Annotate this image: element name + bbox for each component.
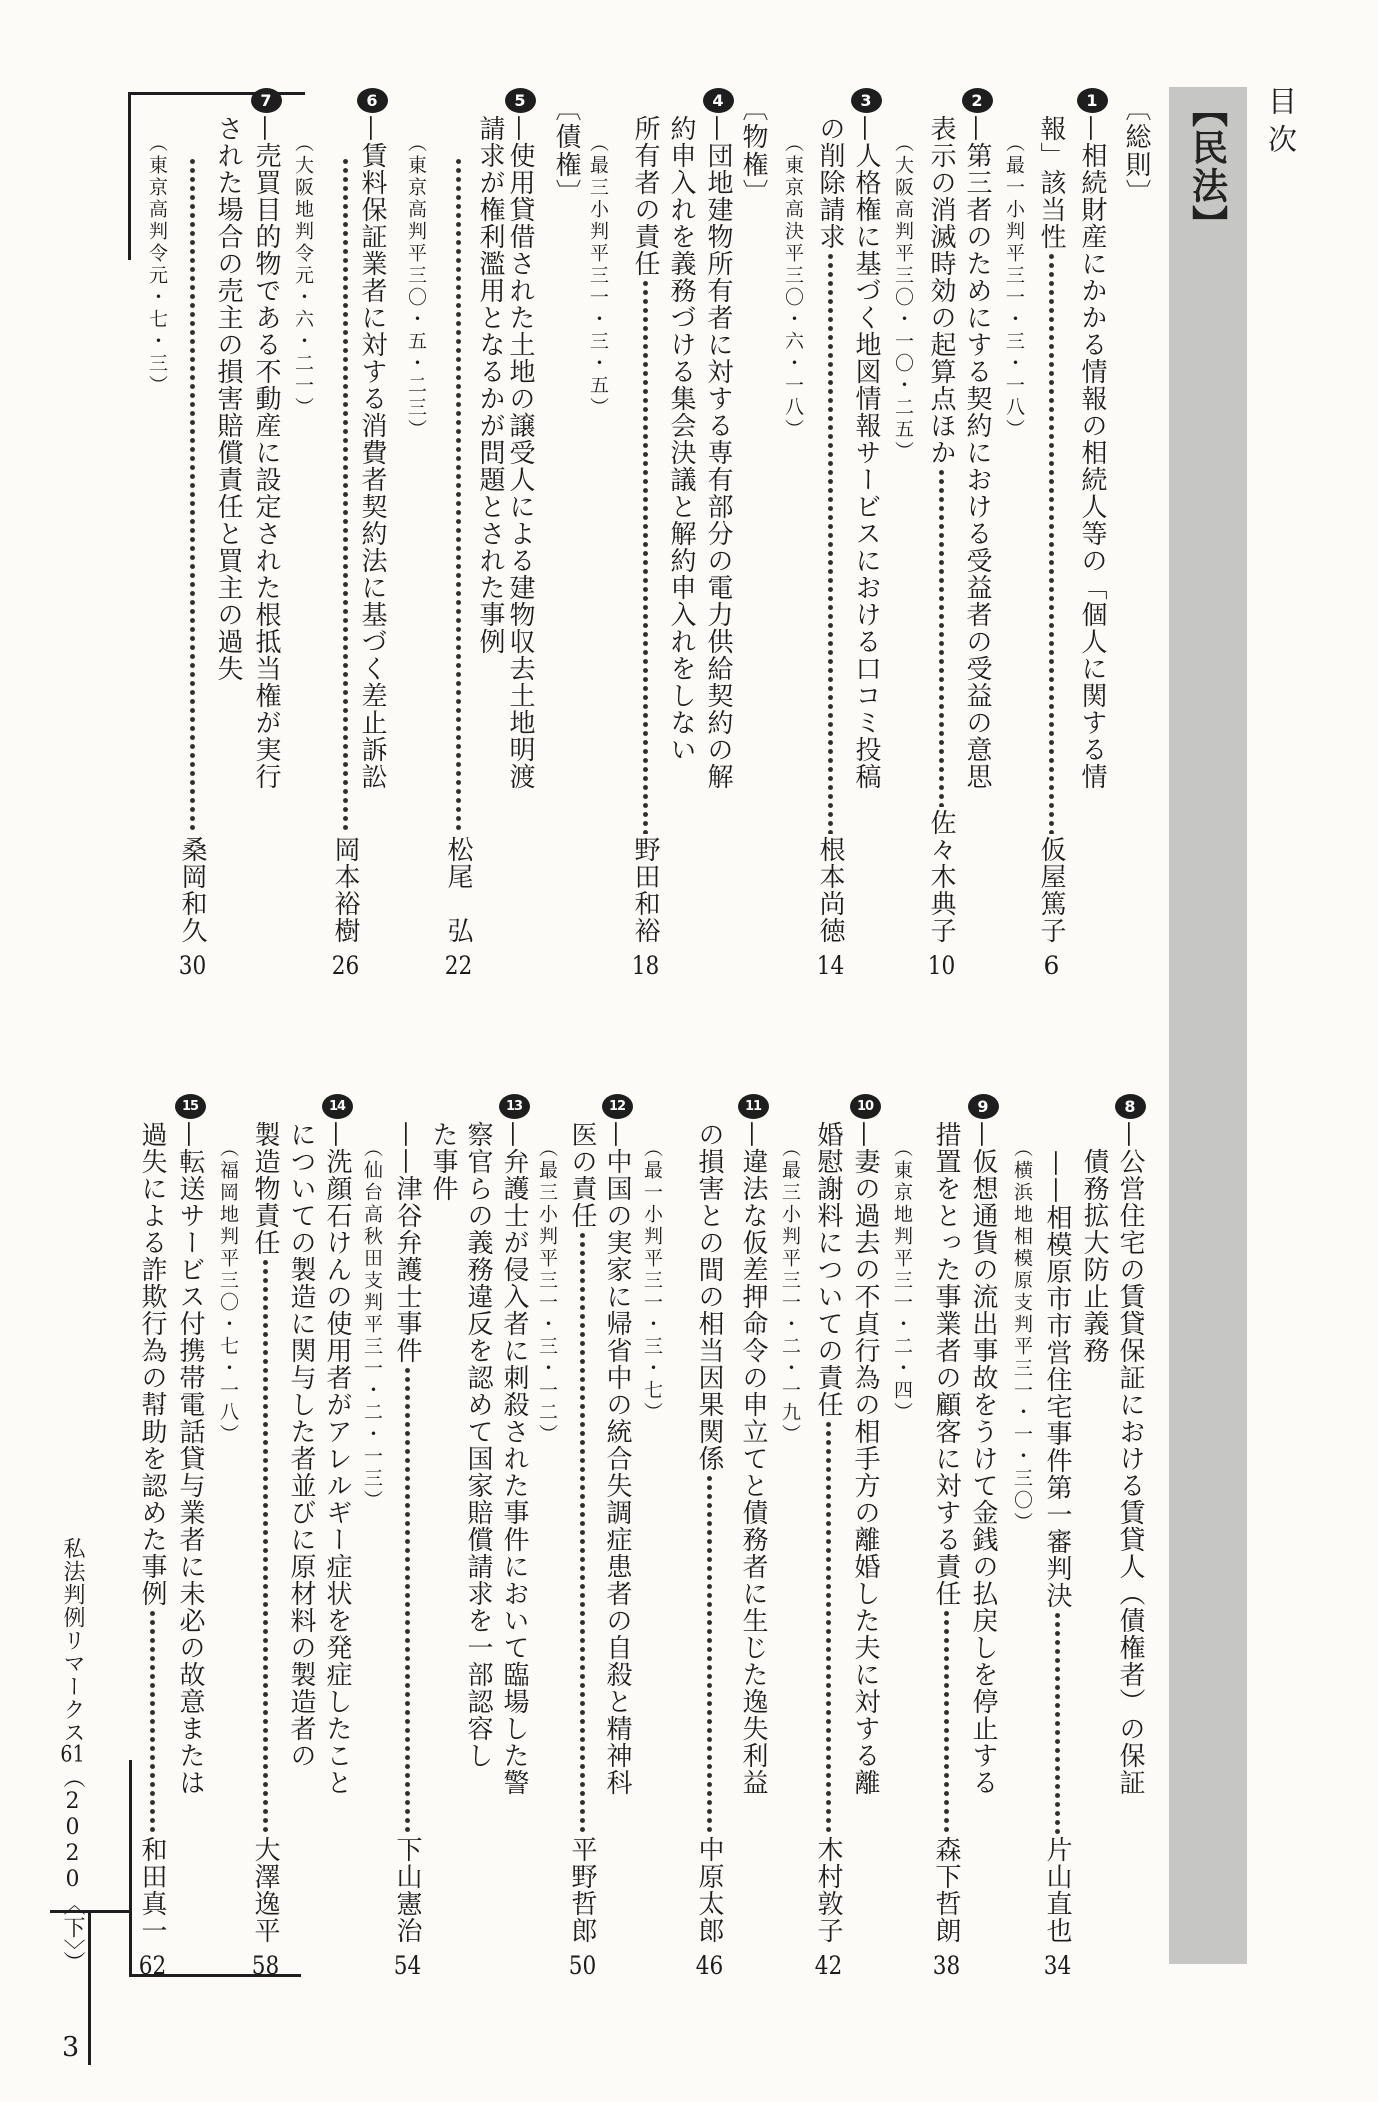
toc-entry-page: 26 <box>328 953 362 978</box>
entry-title-text: 報」該当性 <box>1034 115 1068 250</box>
toc-entry-citation: （福岡地判平三〇・七・一八） <box>213 1138 243 1446</box>
toc-entry-author: 根本尚徳 <box>813 836 847 944</box>
entry-number-badge: 2 <box>962 88 993 113</box>
entry-title-text: 団地建物所有者に対する専有部分の電力供給契約の解 <box>703 142 733 790</box>
entry-title-text: された場合の売主の損害賠償責任と買主の過失 <box>213 115 243 682</box>
toc-entry-citation: （大阪地判令元・六・二一） <box>288 133 318 419</box>
entry-number-badge: 11 <box>738 1094 769 1119</box>
toc-entry-line: 1—相続財産にかかる情報の相続人等の「個人に関する情 <box>1075 87 1109 790</box>
badge-dash: — <box>738 1121 768 1148</box>
leader-dots <box>455 155 462 834</box>
entry-number-badge: 14 <box>322 1094 353 1119</box>
toc-entry-subtitle-line: ——相模原市市営住宅事件第一審判決片山直也34 <box>1040 1150 1074 1978</box>
badge-dash: — <box>1077 115 1107 142</box>
toc-entry-author: 木村敦子 <box>811 1836 845 1944</box>
entry-title-text: の削除請求 <box>813 115 847 250</box>
toc-entry-page: 62 <box>135 1953 169 1978</box>
entry-number-badge: 4 <box>703 88 734 113</box>
spine-issue-number: 61 <box>60 1744 85 1766</box>
toc-entry-page: 10 <box>924 953 958 978</box>
entry-title-text: 相続財産にかかる情報の相続人等の「個人に関する情 <box>1077 142 1107 790</box>
toc-entry-line: 請求が権利濫用となるかが問題とされた事例 <box>473 115 507 655</box>
toc-entry-line: 所有者の責任野田和裕18 <box>628 115 662 978</box>
entry-title-text: 売買目的物である不動産に設定された根抵当権が実行 <box>251 142 281 790</box>
entry-title-text: 仮想通貨の流出事故をうけて金銭の払戻しを停止する <box>968 1148 998 1796</box>
toc-entry-page: 22 <box>441 953 475 978</box>
badge-dash: — <box>851 115 881 142</box>
badge-dash: — <box>175 1121 205 1148</box>
toc-page: 目次 【民法】 〔総則〕1—相続財産にかかる情報の相続人等の「個人に関する情報」… <box>0 0 1378 2102</box>
entry-title-text: 中国の実家に帰省中の統合失調症患者の自殺と精神科 <box>602 1148 632 1796</box>
badge-dash: — <box>962 115 992 142</box>
toc-entry-line: 措置をとった事業者の顧客に対する責任森下哲朗38 <box>929 1121 963 1978</box>
toc-entry-author: 岡本裕樹 <box>328 836 362 944</box>
entry-title-text: 第三者のためにする契約における受益者の受益の意思 <box>962 142 992 790</box>
toc-entry-line: の削除請求根本尚徳14 <box>813 115 847 978</box>
entry-number-badge: 9 <box>968 1094 999 1119</box>
toc-entry-page: 6 <box>1034 953 1068 978</box>
toc-entry-page: 58 <box>248 1953 282 1978</box>
spine-rule-vertical <box>88 1910 91 2065</box>
toc-entry-line: 4—団地建物所有者に対する専有部分の電力供給契約の解 <box>701 87 735 790</box>
leader-dots <box>404 1364 411 1834</box>
toc-entry-line: 報」該当性仮屋篤子6 <box>1034 115 1068 978</box>
entry-number-badge: 1 <box>1077 88 1108 113</box>
entry-title-text: 察官らの義務違反を認めて国家賠償請求を一部認容し <box>463 1121 493 1769</box>
leader-dots <box>1048 250 1055 834</box>
toc-entry-line: についての製造に関与した者並びに原材料の製造者の <box>284 1121 318 1769</box>
toc-entry-citation: （東京高判平三〇・五・二三） <box>401 133 431 441</box>
section-header: 〔債権〕 <box>548 95 584 207</box>
toc-entry-leader-column: 岡本裕樹26 <box>328 87 362 978</box>
entry-title-text: 約申入れを義務づける集会決議と解約申入れをしない <box>666 115 696 763</box>
entry-number-badge: 5 <box>505 88 536 113</box>
entry-title-text: 表示の消滅時効の起算点ほか <box>924 115 958 466</box>
toc-entry-citation: （東京高判令元・七・三） <box>142 133 172 397</box>
entry-number-badge: 13 <box>499 1094 530 1119</box>
entry-title-text: た事件 <box>428 1121 458 1202</box>
entry-title-text: 公営住宅の賃貸保証における賃貸人（債権者）の保証 <box>1115 1148 1145 1796</box>
toc-entry-line: 14—洗顔石けんの使用者がアレルギー症状を発症したこと <box>320 1093 354 1796</box>
toc-entry-author: 和田真一 <box>135 1836 169 1944</box>
entry-title-text: 妻の過去の不貞行為の相手方の離婚した夫に対する離 <box>850 1148 880 1796</box>
leader-dots <box>642 277 649 834</box>
badge-dash: — <box>850 1121 880 1148</box>
toc-entry-line: された場合の売主の損害賠償責任と買主の過失 <box>211 115 245 682</box>
toc-entry-line: 10—妻の過去の不貞行為の相手方の離婚した夫に対する離 <box>848 1093 882 1796</box>
toc-entry-author: 平野哲郎 <box>565 1836 599 1944</box>
toc-entry-author: 下山憲治 <box>390 1836 424 1944</box>
toc-entry-line: 製造物責任大澤逸平58 <box>248 1121 282 1978</box>
toc-entry-line: 3—人格権に基づく地図情報サービスにおける口コミ投稿 <box>849 87 883 790</box>
entry-title-text: 洗顔石けんの使用者がアレルギー症状を発症したこと <box>322 1148 352 1796</box>
toc-entry-line: 12—中国の実家に帰省中の統合失調症患者の自殺と精神科 <box>600 1093 634 1796</box>
badge-dash: — <box>602 1121 632 1148</box>
toc-entry-author: 桑岡和久 <box>175 836 209 944</box>
badge-dash: — <box>1115 1121 1145 1148</box>
entry-title-text: 使用貸借された土地の譲受人による建物収去土地明渡 <box>505 142 535 790</box>
entry-title-text: 債務拡大防止義務 <box>1079 1148 1109 1364</box>
leader-dots <box>825 1418 832 1834</box>
section-header: 〔総則〕 <box>1118 95 1154 207</box>
entry-number-badge: 10 <box>850 1094 881 1119</box>
toc-entry-page: 30 <box>175 953 209 978</box>
toc-entry-citation: （最三小判平三一・三・一二） <box>532 1138 562 1446</box>
badge-dash: — <box>251 115 281 142</box>
entry-subtitle-text: ——津谷弁護士事件 <box>390 1121 424 1364</box>
toc-entry-citation: （東京地判平三一・二・四） <box>887 1138 917 1424</box>
toc-entry-page: 54 <box>390 1953 424 1978</box>
leader-dots <box>938 466 945 807</box>
toc-entry-citation: （最一小判平三一・三・七） <box>637 1138 667 1424</box>
toc-entry-leader-column: 松尾 弘22 <box>441 87 475 978</box>
entry-title-text: 医の責任 <box>565 1121 599 1229</box>
spine-series: 私法判例リマークス <box>60 1537 85 1744</box>
toc-entry-author: 仮屋篤子 <box>1034 836 1068 944</box>
toc-entry-line: 2—第三者のためにする契約における受益者の受益の意思 <box>960 87 994 790</box>
badge-dash: — <box>499 1121 529 1148</box>
toc-entry-page: 14 <box>813 953 847 978</box>
entry-title-text: の損害との間の相当因果関係 <box>692 1121 726 1472</box>
badge-dash: — <box>703 115 733 142</box>
toc-entry-citation: （最三小判平三一・二・一九） <box>775 1138 805 1446</box>
leader-dots <box>189 155 196 834</box>
entry-title-text: 違法な仮差押命令の申立てと債務者に生じた逸失利益 <box>738 1148 768 1796</box>
toc-entry-citation: （東京高決平三〇・六・一八） <box>778 133 808 441</box>
entry-number-badge: 15 <box>175 1094 206 1119</box>
toc-entry-citation: （最一小判平三一・三・一八） <box>999 133 1029 441</box>
toc-entry-subtitle-line: ——津谷弁護士事件下山憲治54 <box>390 1121 424 1978</box>
toc-entry-line: 約申入れを義務づける集会決議と解約申入れをしない <box>664 115 698 763</box>
badge-dash: — <box>505 115 535 142</box>
toc-entry-line: の損害との間の相当因果関係中原太郎46 <box>692 1121 726 1978</box>
toc-entry-line: 医の責任平野哲郎50 <box>565 1121 599 1978</box>
toc-entry-author: 中原太郎 <box>692 1836 726 1944</box>
entry-title-text: 措置をとった事業者の顧客に対する責任 <box>929 1121 963 1607</box>
toc-entry-line: 9—仮想通貨の流出事故をうけて金銭の払戻しを停止する <box>966 1093 1000 1796</box>
entry-title-text: 婚慰謝料についての責任 <box>811 1121 845 1418</box>
leader-dots <box>579 1229 586 1834</box>
entry-title-text: 人格権に基づく地図情報サービスにおける口コミ投稿 <box>851 142 881 790</box>
toc-entry-line: 11—違法な仮差押命令の申立てと債務者に生じた逸失利益 <box>736 1093 770 1796</box>
leader-dots <box>342 155 349 834</box>
toc-entry-citation: （仙台高秋田支判平三一・二・一三） <box>357 1138 387 1512</box>
toc-entry-page: 42 <box>811 1953 845 1978</box>
entry-title-text: 転送サービス付携帯電話貸与業者に未必の故意または <box>175 1148 205 1796</box>
toc-entry-line: 察官らの義務違反を認めて国家賠償請求を一部認容し <box>461 1121 495 1769</box>
toc-entry-line: 5—使用貸借された土地の譲受人による建物収去土地明渡 <box>503 87 537 790</box>
section-band-label: 【民法】 <box>1183 91 1234 1964</box>
entry-number-badge: 7 <box>251 88 282 113</box>
toc-entry-author: 松尾 弘 <box>441 836 475 944</box>
toc-entry-line: 15—転送サービス付携帯電話貸与業者に未必の故意または <box>173 1093 207 1796</box>
page-title: 目次 <box>1266 86 1302 162</box>
toc-entry-leader-column: 桑岡和久30 <box>175 87 209 978</box>
toc-entry-page: 50 <box>565 1953 599 1978</box>
toc-entry-page: 46 <box>692 1953 726 1978</box>
entry-number-badge: 3 <box>851 88 882 113</box>
badge-dash: — <box>968 1121 998 1148</box>
toc-entry-author: 佐々木典子 <box>924 809 958 944</box>
toc-entry-line: 7—売買目的物である不動産に設定された根抵当権が実行 <box>249 87 283 790</box>
toc-entry-author: 森下哲朗 <box>929 1836 963 1944</box>
toc-entry-line: 13—弁護士が侵入者に刺殺された事件において臨場した警 <box>497 1093 531 1796</box>
toc-entry-line: 過失による詐欺行為の幇助を認めた事例和田真一62 <box>135 1121 169 1978</box>
entry-title-text: 過失による詐欺行為の幇助を認めた事例 <box>135 1121 169 1607</box>
toc-entry-citation: （大阪高判平三〇・一〇・二五） <box>888 133 918 463</box>
toc-entry-page: 18 <box>628 953 662 978</box>
toc-entry-citation: （最三小判平三一・三・五） <box>583 133 613 419</box>
folio-page-number: 3 <box>62 2032 79 2063</box>
toc-entry-author: 大澤逸平 <box>248 1836 282 1944</box>
toc-entry-author: 野田和裕 <box>628 836 662 944</box>
entry-title-text: 請求が権利濫用となるかが問題とされた事例 <box>475 115 505 655</box>
entry-number-badge: 12 <box>602 1094 633 1119</box>
toc-entry-citation: （横浜地相模原支判平三一・一・三〇） <box>1007 1138 1037 1534</box>
section-band: 【民法】 <box>1169 87 1247 1964</box>
entry-title-text: についての製造に関与した者並びに原材料の製造者の <box>286 1121 316 1769</box>
spine-paren-open: （ <box>60 1766 85 1789</box>
leader-dots <box>706 1472 713 1834</box>
entry-subtitle-text: ——相模原市市営住宅事件第一審判決 <box>1040 1150 1074 1609</box>
entry-title-text: 所有者の責任 <box>628 115 662 277</box>
toc-entry-page: 38 <box>929 1953 963 1978</box>
leader-dots <box>149 1607 156 1834</box>
badge-dash: — <box>322 1121 352 1148</box>
leader-dots <box>943 1607 950 1834</box>
entry-number-badge: 8 <box>1115 1094 1146 1119</box>
toc-entry-line: 表示の消滅時効の起算点ほか佐々木典子10 <box>924 115 958 978</box>
spine-year: 2020 <box>60 1789 85 1893</box>
toc-entry-line: 8—公営住宅の賃貸保証における賃貸人（債権者）の保証 <box>1113 1093 1147 1796</box>
entry-title-text: 弁護士が侵入者に刺殺された事件において臨場した警 <box>499 1148 529 1796</box>
corner-bracket-bottom-vertical <box>129 1760 132 1977</box>
leader-dots <box>1054 1609 1061 1834</box>
toc-entry-page: 34 <box>1040 1953 1074 1978</box>
toc-entry-line: 婚慰謝料についての責任木村敦子42 <box>811 1121 845 1978</box>
spine-volume-label: 〈下〉） <box>60 1893 85 1974</box>
entry-title-text: 製造物責任 <box>248 1121 282 1256</box>
toc-entry-line: た事件 <box>426 1121 460 1202</box>
toc-entry-line: 債務拡大防止義務 <box>1077 1148 1111 1364</box>
toc-entry-author: 片山直也 <box>1040 1836 1074 1944</box>
leader-dots <box>262 1256 269 1834</box>
spine-title: 私法判例リマークス61（2020〈下〉） <box>56 1537 88 1974</box>
leader-dots <box>827 250 834 834</box>
corner-bracket-top-vertical <box>128 92 131 260</box>
section-header: 〔物権〕 <box>735 95 771 207</box>
